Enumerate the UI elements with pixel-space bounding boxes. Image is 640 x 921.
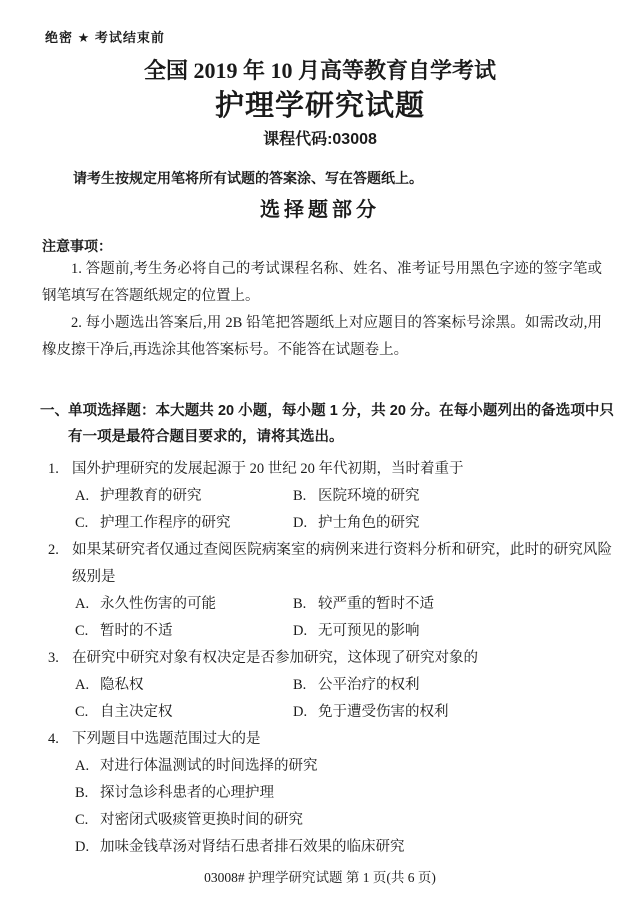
option-b: B.公平治疗的权利 xyxy=(293,672,612,699)
part-heading-text: 单项选择题：本大题共 20 小题，每小题 1 分，共 20 分。在每小题列出的备… xyxy=(68,403,614,445)
option-label: B. xyxy=(293,591,318,618)
option-label: B. xyxy=(293,483,318,510)
note-item-1: 1. 答题前,考生务必将自己的考试课程名称、姓名、准考证号用黑色字迹的签字笔或钢… xyxy=(42,256,602,310)
option-text: 对进行体温测试的时间选择的研究 xyxy=(100,758,318,774)
security-notice: 绝密 ★ 考试结束前 xyxy=(45,0,640,46)
option-a: A.对进行体温测试的时间选择的研究 xyxy=(75,753,612,780)
option-text: 护士角色的研究 xyxy=(318,515,420,531)
part-heading: 一、单项选择题：本大题共 20 小题，每小题 1 分，共 20 分。在每小题列出… xyxy=(40,398,614,450)
question-stem-text: 在研究中研究对象有权决定是否参加研究，这体现了研究对象的 xyxy=(72,650,478,666)
option-label: A. xyxy=(75,672,100,699)
option-text: 无可预见的影响 xyxy=(318,623,420,639)
question-number: 4. xyxy=(48,726,72,753)
option-label: D. xyxy=(75,834,100,861)
option-text: 较严重的暂时不适 xyxy=(318,596,434,612)
option-text: 加味金钱草汤对肾结石患者排石效果的临床研究 xyxy=(100,839,405,855)
option-label: D. xyxy=(293,510,318,537)
option-c: C.对密闭式吸痰管更换时间的研究 xyxy=(75,807,612,834)
option-d: D.护士角色的研究 xyxy=(293,510,612,537)
option-list: A.对进行体温测试的时间选择的研究 B.探讨急诊科患者的心理护理 C.对密闭式吸… xyxy=(75,753,612,861)
question-stem: 1.国外护理研究的发展起源于 20 世纪 20 年代初期，当时着重于 xyxy=(48,456,612,483)
question-2: 2.如果某研究者仅通过查阅医院病案室的病例来进行资料分析和研究，此时的研究风险级… xyxy=(0,537,640,645)
question-3: 3.在研究中研究对象有权决定是否参加研究，这体现了研究对象的 A.隐私权 B.公… xyxy=(0,645,640,726)
part-heading-label: 一、 xyxy=(40,398,68,424)
page-footer: 03008# 护理学研究试题 第 1 页(共 6 页) xyxy=(0,869,640,887)
question-stem: 2.如果某研究者仅通过查阅医院病案室的病例来进行资料分析和研究，此时的研究风险级… xyxy=(48,537,612,591)
question-stem-text: 下列题目中选题范围过大的是 xyxy=(72,731,261,747)
option-label: D. xyxy=(293,699,318,726)
option-text: 医院环境的研究 xyxy=(318,488,420,504)
note-item-2: 2. 每小题选出答案后,用 2B 铅笔把答题纸上对应题目的答案标号涂黑。如需改动… xyxy=(42,310,602,364)
question-4: 4.下列题目中选题范围过大的是 A.对进行体温测试的时间选择的研究 B.探讨急诊… xyxy=(0,726,640,861)
option-text: 对密闭式吸痰管更换时间的研究 xyxy=(100,812,303,828)
question-number: 1. xyxy=(48,456,72,483)
option-a: A.永久性伤害的可能 xyxy=(75,591,293,618)
question-number: 2. xyxy=(48,537,72,564)
option-grid: A.永久性伤害的可能 B.较严重的暂时不适 C.暂时的不适 D.无可预见的影响 xyxy=(75,591,612,645)
notes-heading: 注意事项： xyxy=(42,236,640,256)
option-b: B.探讨急诊科患者的心理护理 xyxy=(75,780,612,807)
question-list: 1.国外护理研究的发展起源于 20 世纪 20 年代初期，当时着重于 A.护理教… xyxy=(0,456,640,861)
option-label: C. xyxy=(75,618,100,645)
option-d: D.免于遭受伤害的权利 xyxy=(293,699,612,726)
option-label: A. xyxy=(75,753,100,780)
option-label: D. xyxy=(293,618,318,645)
option-label: B. xyxy=(75,780,100,807)
instruction-line: 请考生按规定用笔将所有试题的答案涂、写在答题纸上。 xyxy=(73,168,600,188)
option-text: 自主决定权 xyxy=(100,704,173,720)
option-label: B. xyxy=(293,672,318,699)
option-label: A. xyxy=(75,483,100,510)
option-a: A.隐私权 xyxy=(75,672,293,699)
option-a: A.护理教育的研究 xyxy=(75,483,293,510)
option-text: 免于遭受伤害的权利 xyxy=(318,704,449,720)
option-c: C.自主决定权 xyxy=(75,699,293,726)
option-grid: A.护理教育的研究 B.医院环境的研究 C.护理工作程序的研究 D.护士角色的研… xyxy=(75,483,612,537)
option-text: 公平治疗的权利 xyxy=(318,677,420,693)
option-grid: A.隐私权 B.公平治疗的权利 C.自主决定权 D.免于遭受伤害的权利 xyxy=(75,672,612,726)
question-1: 1.国外护理研究的发展起源于 20 世纪 20 年代初期，当时着重于 A.护理教… xyxy=(0,456,640,537)
paper-title: 护理学研究试题 xyxy=(0,90,640,122)
option-label: A. xyxy=(75,591,100,618)
question-stem-text: 国外护理研究的发展起源于 20 世纪 20 年代初期，当时着重于 xyxy=(72,461,464,477)
option-text: 探讨急诊科患者的心理护理 xyxy=(100,785,274,801)
exam-paper-page: 绝密 ★ 考试结束前 全国 2019 年 10 月高等教育自学考试 护理学研究试… xyxy=(0,0,640,921)
option-c: C.护理工作程序的研究 xyxy=(75,510,293,537)
option-d: D.无可预见的影响 xyxy=(293,618,612,645)
course-code: 课程代码:03008 xyxy=(0,130,640,150)
option-b: B.医院环境的研究 xyxy=(293,483,612,510)
option-b: B.较严重的暂时不适 xyxy=(293,591,612,618)
option-label: C. xyxy=(75,699,100,726)
question-number: 3. xyxy=(48,645,72,672)
option-d: D.加味金钱草汤对肾结石患者排石效果的临床研究 xyxy=(75,834,612,861)
option-label: C. xyxy=(75,807,100,834)
question-stem: 4.下列题目中选题范围过大的是 xyxy=(48,726,612,753)
exam-title: 全国 2019 年 10 月高等教育自学考试 xyxy=(0,58,640,84)
option-c: C.暂时的不适 xyxy=(75,618,293,645)
option-label: C. xyxy=(75,510,100,537)
option-text: 永久性伤害的可能 xyxy=(100,596,216,612)
option-text: 护理工作程序的研究 xyxy=(100,515,231,531)
question-stem: 3.在研究中研究对象有权决定是否参加研究，这体现了研究对象的 xyxy=(48,645,612,672)
option-text: 暂时的不适 xyxy=(100,623,173,639)
option-text: 隐私权 xyxy=(100,677,144,693)
section-title: 选择题部分 xyxy=(0,198,640,222)
question-stem-text: 如果某研究者仅通过查阅医院病案室的病例来进行资料分析和研究，此时的研究风险级别是 xyxy=(72,542,612,585)
option-text: 护理教育的研究 xyxy=(100,488,202,504)
